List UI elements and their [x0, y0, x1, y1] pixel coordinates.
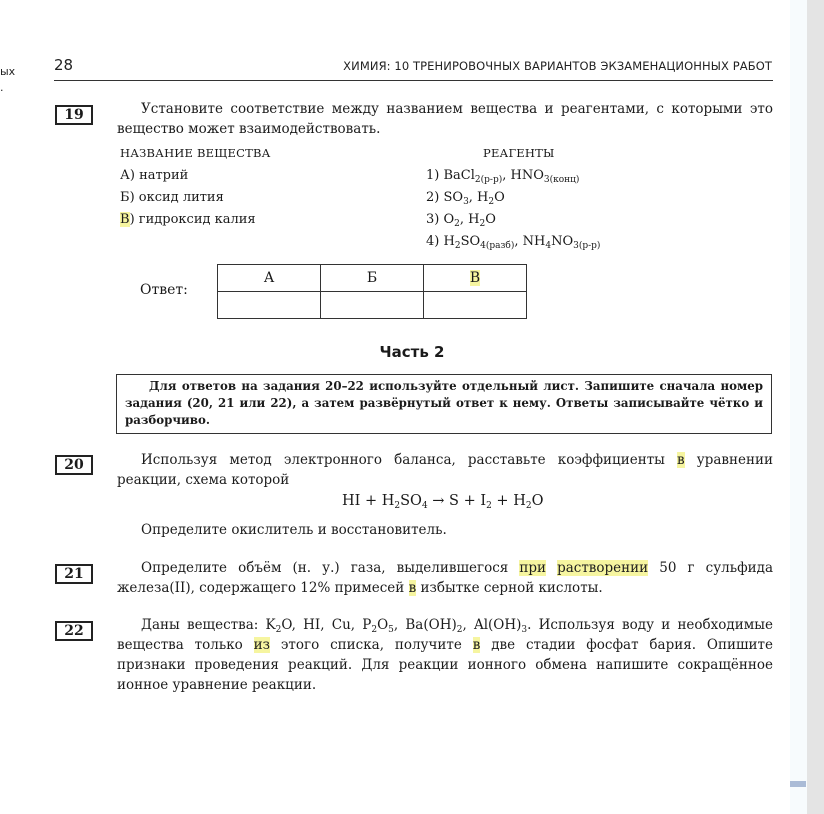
- instructions-box: Для ответов на задания 20–22 используйте…: [116, 374, 772, 434]
- task-number-22: 22: [55, 621, 93, 641]
- task22-text: Даны вещества: K2O, HI, Cu, P2O5, Ba(OH)…: [117, 615, 773, 695]
- highlight: в: [677, 452, 685, 468]
- running-head: ХИМИЯ: 10 ТРЕНИРОВОЧНЫХ ВАРИАНТОВ ЭКЗАМЕ…: [343, 59, 772, 73]
- answer-table: А Б В: [217, 264, 527, 319]
- highlight: растворении: [557, 560, 648, 576]
- answer-col-header: Б: [321, 265, 424, 292]
- task-number-20: 20: [55, 455, 93, 475]
- reaction-equation: HI + H2SO4 → S + I2 + H2O: [342, 493, 543, 509]
- reagent-item: 3) O2, H2O: [426, 210, 496, 230]
- answer-col-header: В: [424, 265, 527, 292]
- answer-label: Ответ:: [140, 282, 188, 298]
- task19-text: Установите соответствие между названием …: [117, 99, 773, 139]
- fragment-line: ых: [0, 64, 15, 80]
- answer-cell[interactable]: [218, 292, 321, 319]
- reagent-column-header: РЕАГЕНТЫ: [483, 146, 554, 160]
- substance-column-header: НАЗВАНИЕ ВЕЩЕСТВА: [120, 146, 271, 160]
- highlight: из: [254, 637, 270, 653]
- task-number-19: 19: [55, 105, 93, 125]
- highlight: при: [519, 560, 546, 576]
- task-number-21: 21: [55, 564, 93, 584]
- answer-cell[interactable]: [424, 292, 527, 319]
- reagent-item: 2) SO3, H2O: [426, 188, 505, 208]
- task20-text: Используя метод электронного баланса, ра…: [117, 450, 773, 490]
- fragment-line: .: [0, 80, 15, 96]
- substance-item: А) натрий: [120, 166, 188, 186]
- scroll-marker[interactable]: [790, 781, 806, 787]
- answer-cell[interactable]: [321, 292, 424, 319]
- previous-page-fragment: ых .: [0, 64, 15, 96]
- substance-item: Б) оксид лития: [120, 188, 224, 208]
- task21-text: Определите объём (н. у.) газа, выделивше…: [117, 558, 773, 598]
- task20-question: Определите окислитель и восстановитель.: [117, 520, 773, 540]
- answer-col-header: А: [218, 265, 321, 292]
- side-panel: [807, 0, 824, 814]
- reagent-item: 1) BaCl2(р-р), HNO3(конц): [426, 166, 579, 186]
- header-rule: [54, 80, 773, 81]
- part-title: Часть 2: [0, 343, 824, 361]
- page-number: 28: [54, 56, 73, 74]
- substance-item: В) гидроксид калия: [120, 210, 256, 230]
- reagent-item: 4) H2SO4(разб), NH4NO3(р-р): [426, 232, 600, 252]
- highlight: В: [120, 212, 130, 227]
